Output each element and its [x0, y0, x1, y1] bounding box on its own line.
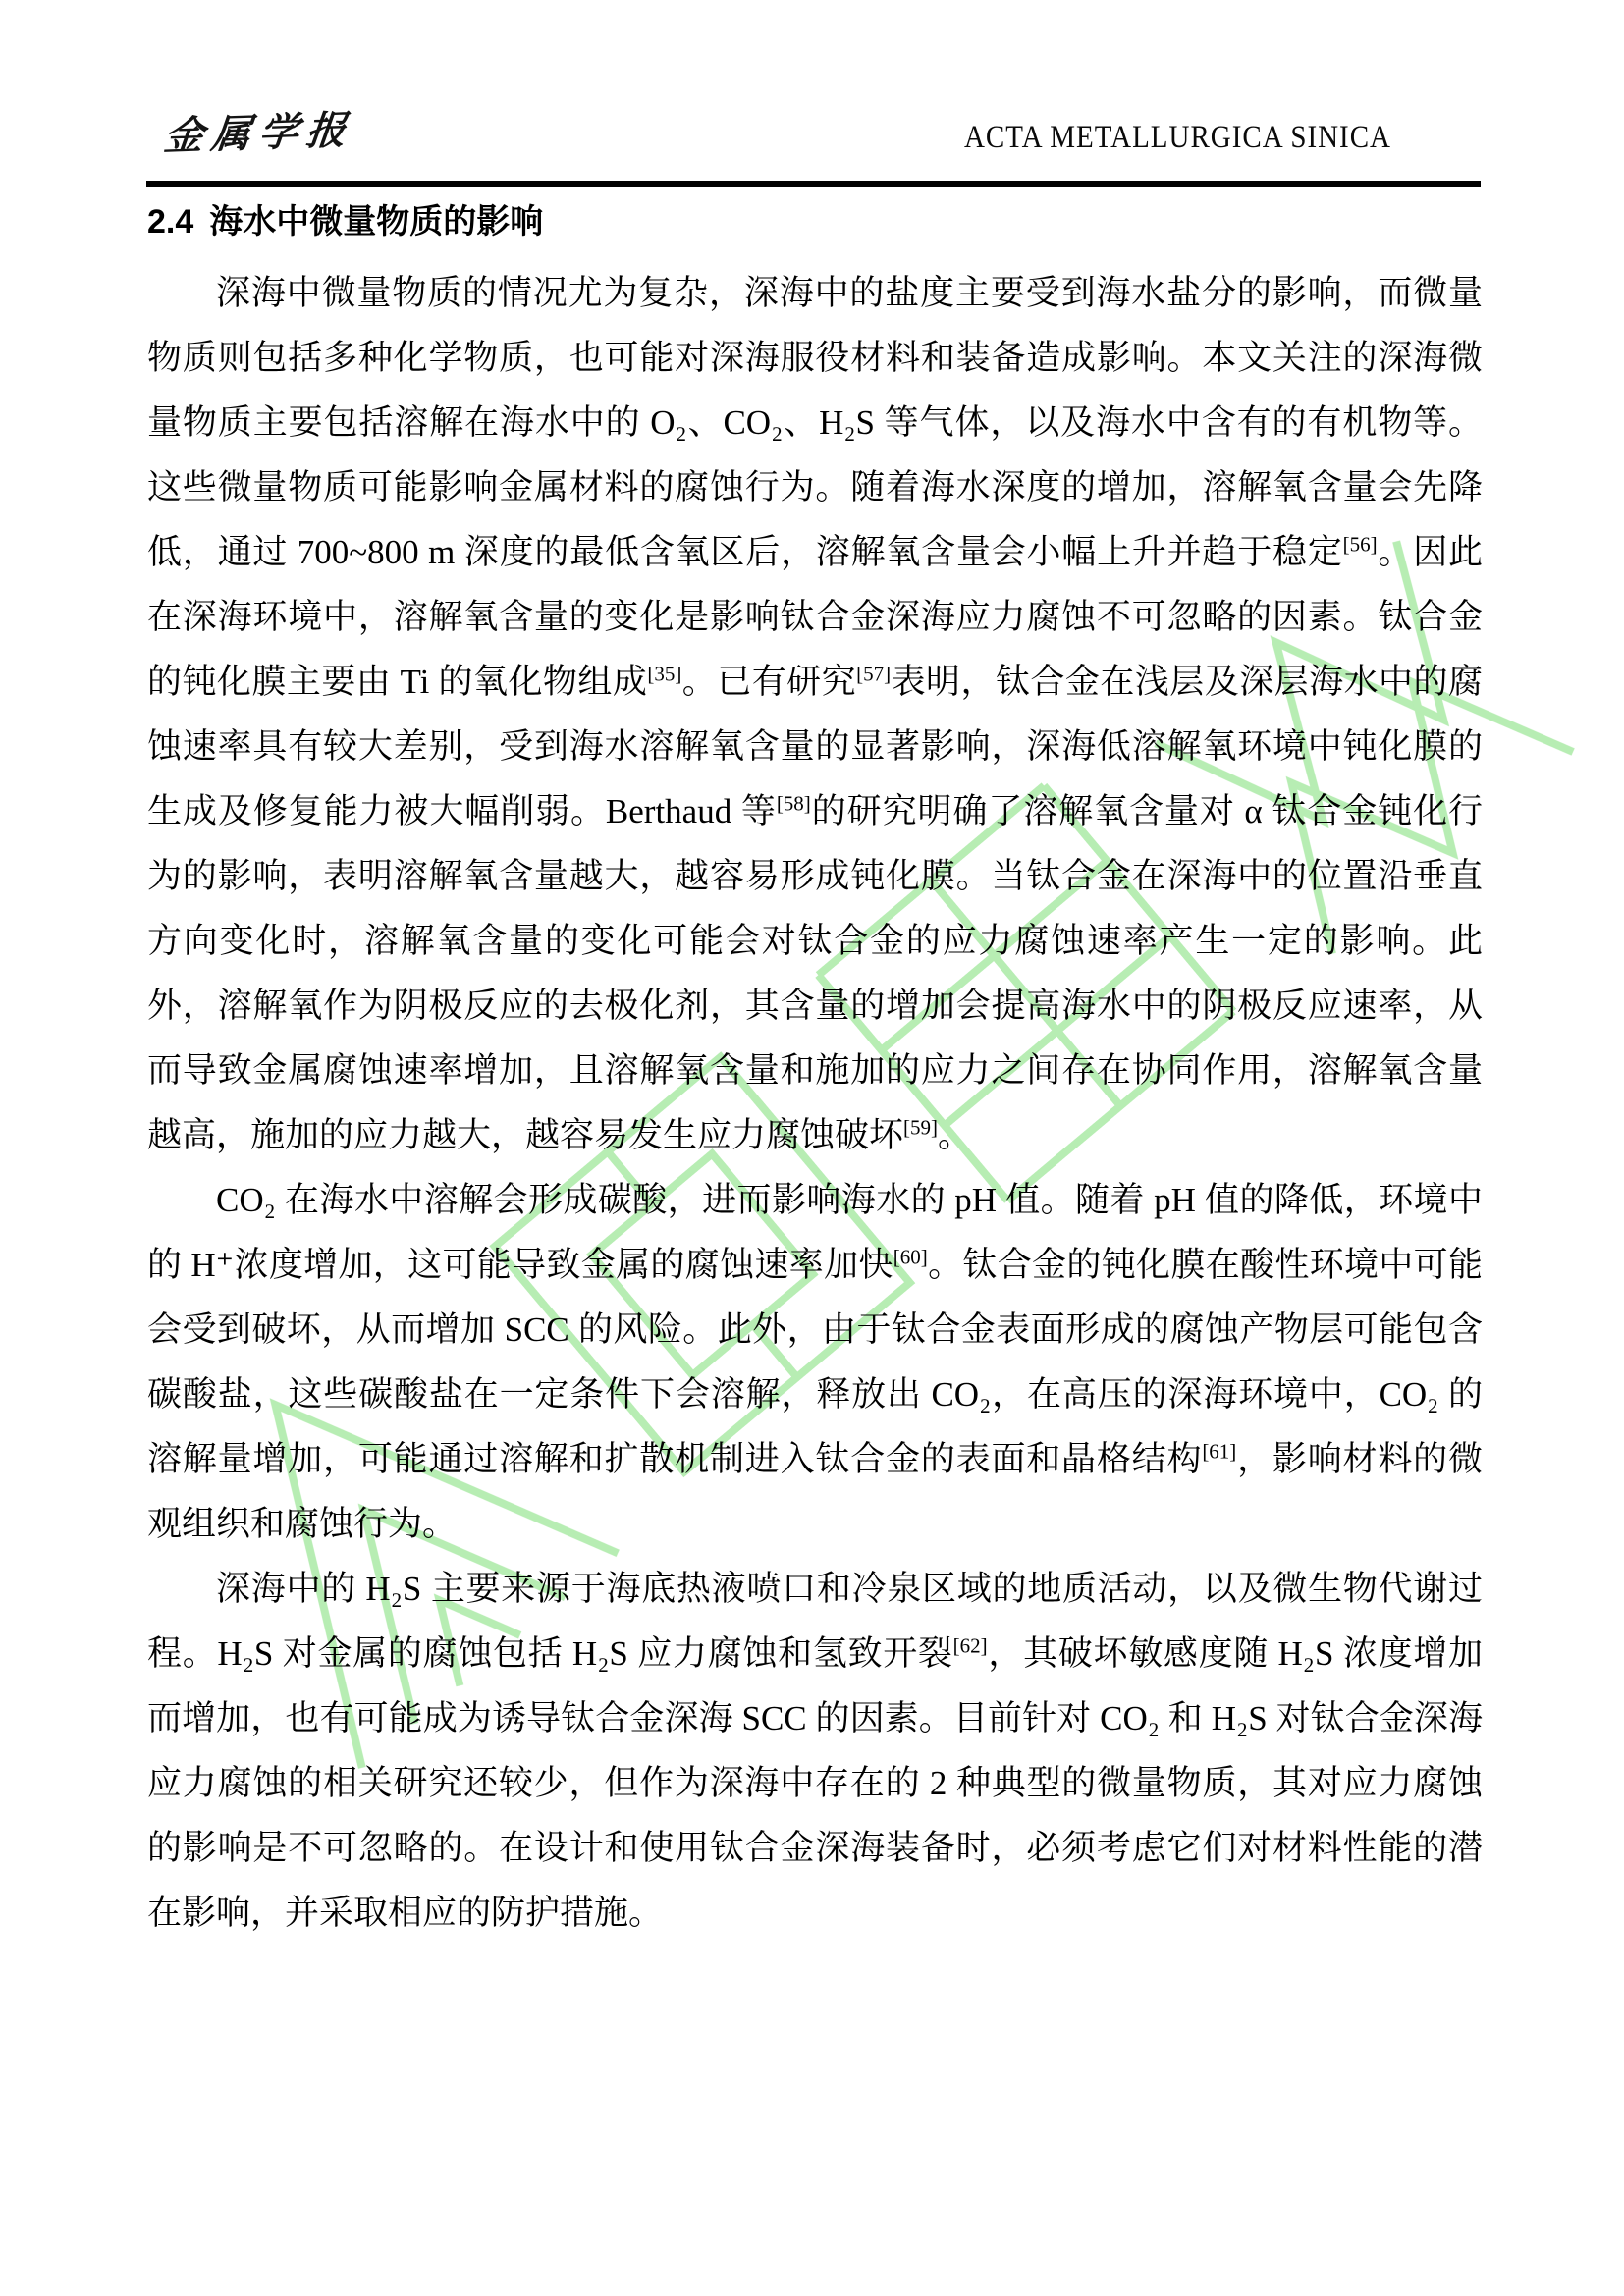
article-body: 深海中微量物质的情况尤为复杂，深海中的盐度主要受到海水盐分的影响，而微量物质则包… [147, 261, 1483, 1946]
header-divider [146, 181, 1481, 187]
section-heading: 2.4海水中微量物质的影响 [147, 194, 543, 242]
journal-logo: 金属学报 [162, 99, 357, 162]
journal-name: ACTA METALLURGICA SINICA [964, 120, 1391, 156]
section-number: 2.4 [147, 203, 193, 240]
document-page: { "page": { "background": "#ffffff" }, "… [0, 0, 1624, 2296]
page: 金属学报 ACTA METALLURGICA SINICA 2.4海水中微量物质… [0, 0, 1624, 2296]
section-title: 海水中微量物质的影响 [209, 203, 543, 240]
body-paragraph: 深海中的 H₂S 主要来源于海底热液喷口和冷泉区域的地质活动，以及微生物代谢过程… [147, 1557, 1483, 1946]
body-paragraph: CO₂ 在海水中溶解会形成碳酸，进而影响海水的 pH 值。随着 pH 值的降低，… [147, 1168, 1483, 1557]
body-paragraph: 深海中微量物质的情况尤为复杂，深海中的盐度主要受到海水盐分的影响，而微量物质则包… [147, 261, 1483, 1168]
